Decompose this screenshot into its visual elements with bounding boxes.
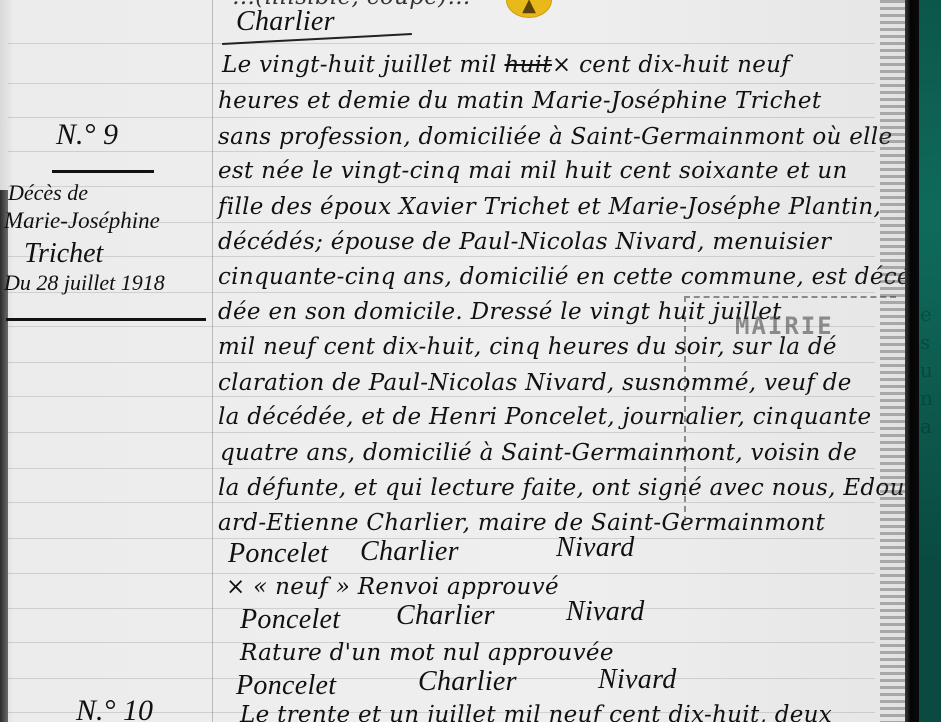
ruled-line bbox=[8, 83, 875, 84]
top-signature: Charlier bbox=[236, 6, 335, 38]
page-edge-shadow bbox=[880, 0, 905, 722]
next-record-line: Le trente et un juillet mil neuf cent di… bbox=[240, 702, 832, 722]
signature-charlier-3: Charlier bbox=[418, 666, 517, 698]
up-arrow-icon: ▲ bbox=[522, 0, 536, 15]
ruled-line bbox=[8, 117, 875, 118]
margin-divider bbox=[212, 0, 213, 722]
renvoi-note: × « neuf » Renvoi approuvé bbox=[226, 574, 559, 600]
signature-charlier-1: Charlier bbox=[360, 536, 459, 568]
signature-nivard-2: Nivard bbox=[566, 596, 645, 628]
body-line-1-post: × cent dix-huit neuf bbox=[552, 52, 790, 78]
signature-poncelet-2: Poncelet bbox=[240, 604, 340, 636]
ruled-line bbox=[8, 186, 875, 187]
margin-date-line: Du 28 juillet 1918 bbox=[4, 270, 165, 296]
signature-charlier-2: Charlier bbox=[396, 600, 495, 632]
body-line-1-pre: Le vingt-huit juillet mil bbox=[222, 52, 504, 78]
book-binding bbox=[905, 0, 919, 722]
scanned-register-page: …(illisible, coupé)… Charlier N.° 9 Décè… bbox=[0, 0, 905, 722]
ruled-line bbox=[8, 256, 875, 257]
body-line-6: décédés; épouse de Paul-Nicolas Nivard, … bbox=[218, 229, 831, 255]
margin-rule bbox=[52, 170, 154, 173]
margin-rule-bottom bbox=[6, 318, 206, 321]
signature-poncelet-3: Poncelet bbox=[236, 670, 336, 702]
signature-poncelet-1: Poncelet bbox=[228, 538, 328, 570]
body-line-2: heures et demie du matin Marie-Joséphine… bbox=[218, 88, 821, 114]
ruled-line bbox=[8, 43, 875, 44]
body-line-3: sans profession, domiciliée à Saint-Germ… bbox=[218, 124, 892, 150]
struck-word: huit bbox=[504, 52, 551, 78]
background-ghost-text: esuna bbox=[920, 300, 941, 440]
stamp-text: MAIRIE bbox=[735, 312, 834, 340]
signature-nivard-1: Nivard bbox=[556, 532, 635, 564]
body-line-1: Le vingt-huit juillet mil huit× cent dix… bbox=[222, 52, 790, 78]
rature-note: Rature d'un mot nul approuvée bbox=[240, 640, 614, 666]
margin-title-line3: Trichet bbox=[24, 238, 103, 270]
body-line-5: fille des époux Xavier Trichet et Marie-… bbox=[218, 194, 881, 220]
body-line-4: est née le vingt-cinq mai mil huit cent … bbox=[218, 158, 848, 184]
record-number: N.° 9 bbox=[56, 118, 118, 152]
margin-title-line2: Marie-Joséphine bbox=[4, 208, 160, 234]
body-line-7: cinquante-cinq ans, domicilié en cette c… bbox=[218, 264, 905, 290]
margin-title-line1: Décès de bbox=[8, 180, 88, 206]
signature-nivard-3: Nivard bbox=[598, 664, 677, 696]
ruled-line bbox=[8, 151, 875, 152]
next-record-number: N.° 10 bbox=[76, 694, 153, 722]
